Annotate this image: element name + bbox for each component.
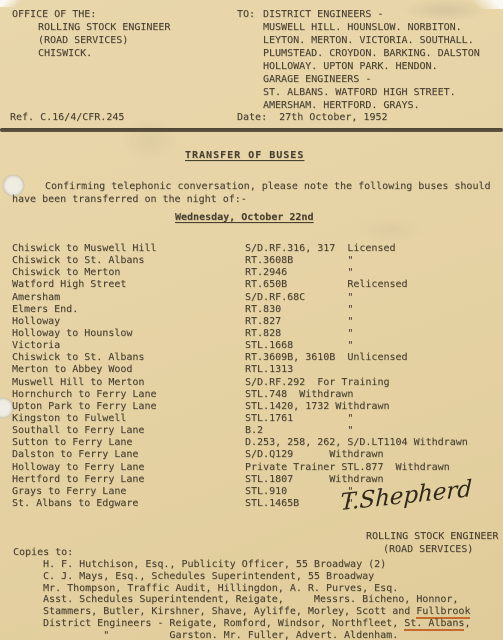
fleet-status-cell: RT.650B Relicensed xyxy=(245,279,408,291)
route-cell: Grays to Ferry Lane xyxy=(12,486,126,498)
copies-text: H. F. Hutchison, Esq., Publicity Officer… xyxy=(43,559,386,570)
recipient-line: ST. ALBANS. WATFORD HIGH STREET. xyxy=(263,87,480,100)
route-cell: Chiswick to St. Albans xyxy=(12,352,144,364)
transfer-row: Hornchurch to Ferry LaneSTL.748 Withdraw… xyxy=(12,389,492,401)
orange-underline-mark: St. Albans xyxy=(404,618,464,631)
copies-text: Asst. Schedules Superintendent, Reigate,… xyxy=(43,594,458,605)
transfer-row: Muswell Hill to MertonS/D.RF.292 For Tra… xyxy=(12,377,492,389)
transfer-row: Southall to Ferry LaneB.2 " xyxy=(12,425,492,437)
copies-label: Copies to: xyxy=(13,547,73,559)
document-title: TRANSFER OF BUSES xyxy=(185,150,304,162)
route-cell: Watford High Street xyxy=(12,279,126,291)
fleet-status-cell: S/D.RF.292 For Training xyxy=(245,377,390,389)
sender-address-line: CHISWICK. xyxy=(38,48,170,61)
reference-number: Ref. C.16/4/CFR.245 xyxy=(10,112,124,124)
intro-paragraph-line-1: Confirming telephonic conversation, plea… xyxy=(45,181,491,193)
memo-page: OFFICE OF THE: ROLLING STOCK ENGINEER(RO… xyxy=(0,0,503,640)
route-cell: Muswell Hill to Merton xyxy=(12,377,144,389)
sender-address-line: (ROAD SERVICES) xyxy=(38,35,170,48)
signatory-title-line-1: ROLLING STOCK ENGINEER xyxy=(366,531,498,543)
copies-line: District Engineers - Reigate, Romford, W… xyxy=(43,618,470,630)
transfer-row: Dalston to Ferry LaneS/D.Q129 Withdrawn xyxy=(12,449,492,461)
route-cell: Kingston to Fulwell xyxy=(12,413,126,425)
transfer-row: Sutton to Ferry LaneD.253, 258, 262, S/D… xyxy=(12,437,492,449)
fleet-status-cell: RT.3609B, 3610B Unlicensed xyxy=(245,352,408,364)
fleet-status-cell: RT.827 " xyxy=(245,316,353,328)
recipient-line: GARAGE ENGINEERS - xyxy=(263,74,480,87)
route-cell: Southall to Ferry Lane xyxy=(12,425,144,437)
transfer-row: Upton Park to Ferry LaneSTL.1420, 1732 W… xyxy=(12,401,492,413)
fleet-status-cell: STL.748 Withdrawn xyxy=(245,389,353,401)
recipient-line: MUSWELL HILL. HOUNSLOW. NORBITON. xyxy=(263,22,480,35)
fleet-status-cell: S/D.Q129 Withdrawn xyxy=(245,449,383,461)
copies-line: H. F. Hutchison, Esq., Publicity Officer… xyxy=(43,559,470,571)
transfer-row: Chiswick to Muswell HillS/D.RF.316, 317 … xyxy=(12,243,492,255)
transfer-row: Holloway to Ferry LanePrivate Trainer ST… xyxy=(12,462,492,474)
fleet-status-cell: RT.3608B " xyxy=(245,255,353,267)
transfer-date-heading: Wednesday, October 22nd xyxy=(175,212,313,224)
fleet-status-cell: STL.1668 " xyxy=(245,340,353,352)
intro-paragraph-line-2: have been transferred on the night of:- xyxy=(12,194,247,206)
copies-text: Mr. Thompson, Traffic Audit, Hillingdon,… xyxy=(43,583,398,594)
recipients-block: DISTRICT ENGINEERS -MUSWELL HILL. HOUNSL… xyxy=(263,9,480,113)
fleet-status-cell: S/D.RF.316, 317 Licensed xyxy=(245,243,396,255)
transfer-row: Watford High StreetRT.650B Relicensed xyxy=(12,279,492,291)
transfer-table: Chiswick to Muswell HillS/D.RF.316, 317 … xyxy=(12,243,492,510)
route-cell: Dalston to Ferry Lane xyxy=(12,449,138,461)
fleet-status-cell: S/D.RF.68C " xyxy=(245,292,353,304)
fleet-status-cell: STL.910 " xyxy=(245,486,353,498)
route-cell: Amersham xyxy=(12,292,60,304)
sender-address-block: ROLLING STOCK ENGINEER(ROAD SERVICES)CHI… xyxy=(38,22,170,61)
date-line: Date: 27th October, 1952 xyxy=(237,112,388,124)
route-cell: Sutton to Ferry Lane xyxy=(12,437,132,449)
copies-line: " Garston. Mr. Fuller, Advert. Aldenham. xyxy=(43,630,470,640)
route-cell: Chiswick to Merton xyxy=(12,267,120,279)
route-cell: Merton to Abbey Wood xyxy=(12,364,132,376)
copies-text: District Engineers - Reigate, Romford, W… xyxy=(43,618,404,629)
fleet-status-cell: STL.1807 Withdrawn xyxy=(245,474,383,486)
transfer-row: Chiswick to St. AlbansRT.3609B, 3610B Un… xyxy=(12,352,492,364)
fleet-status-cell: B.2 " xyxy=(245,425,353,437)
route-cell: Elmers End. xyxy=(12,304,78,316)
fleet-status-cell: RT.828 " xyxy=(245,328,353,340)
route-cell: St. Albans to Edgware xyxy=(12,498,138,510)
transfer-row: Chiswick to MertonRT.2946 " xyxy=(12,267,492,279)
transfer-row: VictoriaSTL.1668 " xyxy=(12,340,492,352)
transfer-row: HollowayRT.827 " xyxy=(12,316,492,328)
route-cell: Upton Park to Ferry Lane xyxy=(12,401,157,413)
signatory-title-line-2: (ROAD SERVICES) xyxy=(383,544,473,556)
transfer-row: AmershamS/D.RF.68C " xyxy=(12,292,492,304)
copies-text: " Garston. Mr. Fuller, Advert. Aldenham. xyxy=(43,630,398,640)
fleet-status-cell: STL.1465B " xyxy=(245,498,353,510)
copies-text: , xyxy=(464,618,470,629)
copies-text: C. J. Mays, Esq., Schedules Superintende… xyxy=(43,571,374,582)
route-cell: Chiswick to Muswell Hill xyxy=(12,243,157,255)
fleet-status-cell: Private Trainer STL.877 Withdrawn xyxy=(245,462,450,474)
transfer-row: Kingston to FulwellSTL.1761 " xyxy=(12,413,492,425)
route-cell: Victoria xyxy=(12,340,60,352)
scan-corner-top-left xyxy=(0,0,26,7)
recipient-line: LEYTON. MERTON. VICTORIA. SOUTHALL. xyxy=(263,35,480,48)
fleet-status-cell: RT.830 " xyxy=(245,304,353,316)
office-label: OFFICE OF THE: xyxy=(12,9,96,21)
divider-line xyxy=(0,128,503,132)
recipient-line: PLUMSTEAD. CROYDON. BARKING. DALSTON xyxy=(263,48,480,61)
route-cell: Hornchurch to Ferry Lane xyxy=(12,389,157,401)
copies-list: H. F. Hutchison, Esq., Publicity Officer… xyxy=(43,559,470,640)
copies-line: Mr. Thompson, Traffic Audit, Hillingdon,… xyxy=(43,583,470,595)
fleet-status-cell: STL.1420, 1732 Withdrawn xyxy=(245,401,390,413)
scan-corner-top-right xyxy=(461,0,503,9)
fleet-status-cell: RT.2946 " xyxy=(245,267,353,279)
fleet-status-cell: STL.1761 " xyxy=(245,413,353,425)
fleet-status-cell: D.253, 258, 262, S/D.LT1104 Withdrawn xyxy=(245,437,468,449)
route-cell: Holloway to Hounslow xyxy=(12,328,132,340)
route-cell: Holloway to Ferry Lane xyxy=(12,462,144,474)
transfer-row: Merton to Abbey WoodRTL.1313 xyxy=(12,364,492,376)
fleet-status-cell: RTL.1313 xyxy=(245,364,293,376)
transfer-row: Chiswick to St. AlbansRT.3608B " xyxy=(12,255,492,267)
recipient-line: DISTRICT ENGINEERS - xyxy=(263,9,480,22)
route-cell: Hertford to Ferry Lane xyxy=(12,474,144,486)
transfer-row: Holloway to HounslowRT.828 " xyxy=(12,328,492,340)
recipient-line: HOLLOWAY. UPTON PARK. HENDON. xyxy=(263,61,480,74)
copies-text: Stammers, Butler, Kirshner, Shave, Aylif… xyxy=(43,606,416,617)
transfer-row: Elmers End.RT.830 " xyxy=(12,304,492,316)
copies-line: Stammers, Butler, Kirshner, Shave, Aylif… xyxy=(43,606,470,618)
copies-line: C. J. Mays, Esq., Schedules Superintende… xyxy=(43,571,470,583)
route-cell: Chiswick to St. Albans xyxy=(12,255,144,267)
sender-address-line: ROLLING STOCK ENGINEER xyxy=(38,22,170,35)
route-cell: Holloway xyxy=(12,316,60,328)
to-label: TO: xyxy=(237,9,255,21)
punch-hole-top xyxy=(3,175,24,196)
copies-line: Asst. Schedules Superintendent, Reigate,… xyxy=(43,594,470,606)
